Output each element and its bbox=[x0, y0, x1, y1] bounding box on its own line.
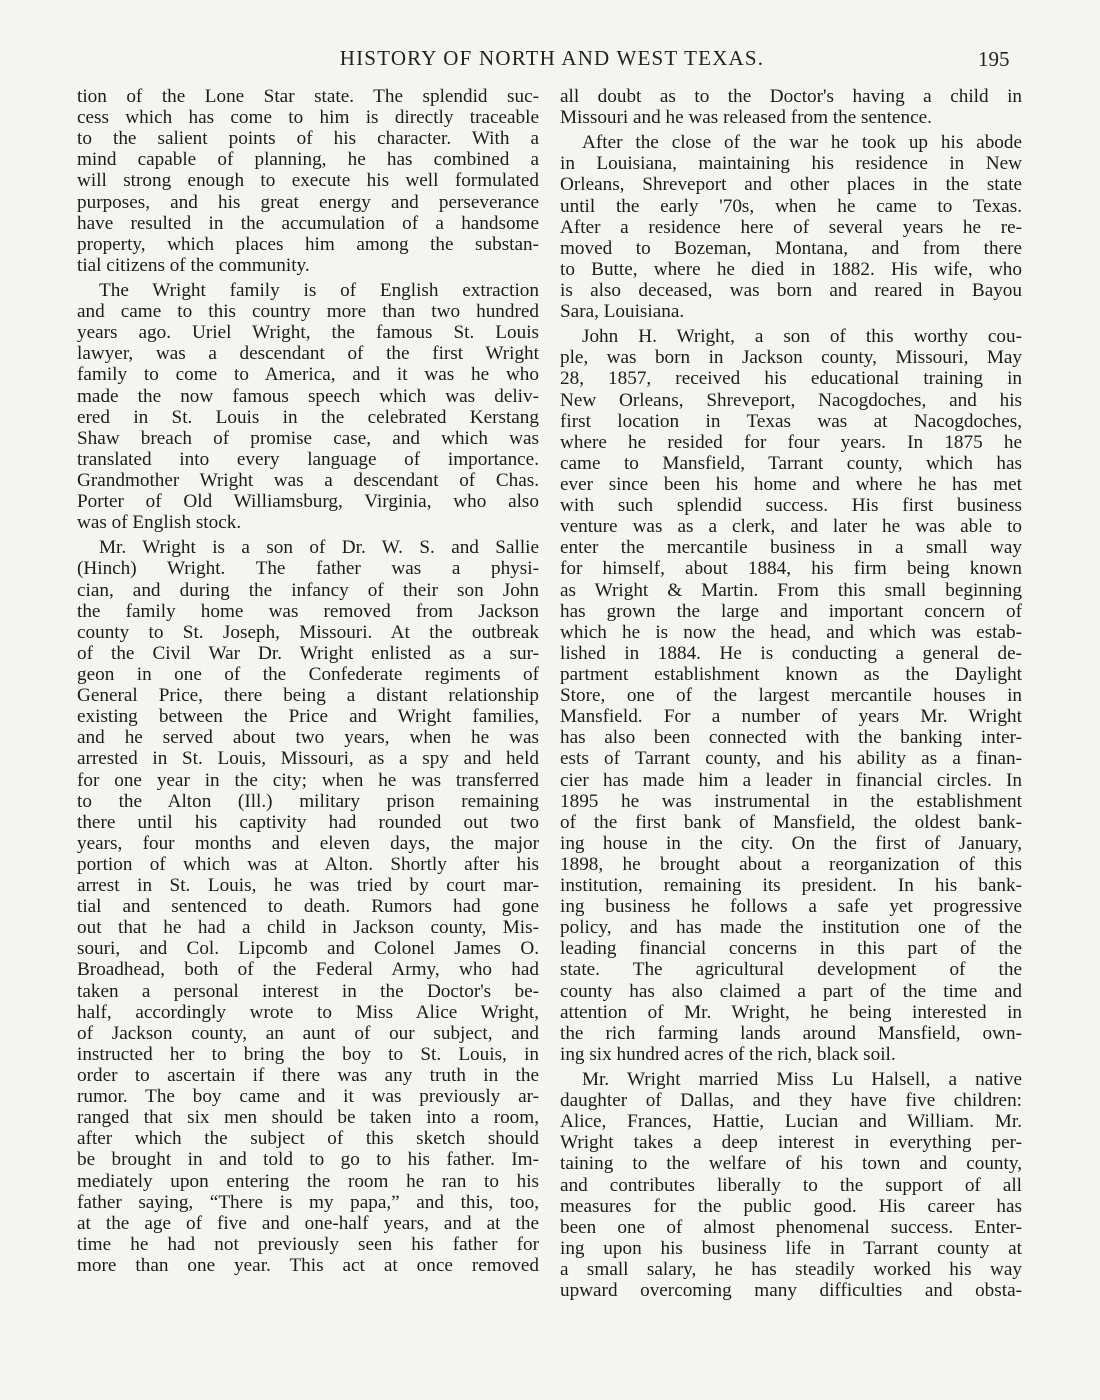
text-line: Grandmother Wright was a descendant of C… bbox=[77, 470, 539, 491]
text-line: more than one year. This act at once rem… bbox=[77, 1255, 539, 1276]
text-line: all doubt as to the Doctor's having a ch… bbox=[560, 86, 1022, 107]
text-line: cian, and during the infancy of their so… bbox=[77, 580, 539, 601]
text-line: ple, was born in Jackson county, Missour… bbox=[560, 347, 1022, 368]
text-line: Mansfield. For a number of years Mr. Wri… bbox=[560, 706, 1022, 727]
text-line: property, which places him among the sub… bbox=[77, 234, 539, 255]
text-line: ing upon his business life in Tarrant co… bbox=[560, 1238, 1022, 1259]
text-line: mind capable of planning, he has combine… bbox=[77, 149, 539, 170]
text-line: county has also claimed a part of the ti… bbox=[560, 981, 1022, 1002]
text-line: Porter of Old Williamsburg, Virginia, wh… bbox=[77, 491, 539, 512]
text-line: Shaw breach of promise case, and which w… bbox=[77, 428, 539, 449]
text-line: ing business he follows a safe yet progr… bbox=[560, 896, 1022, 917]
text-line: existing between the Price and Wright fa… bbox=[77, 706, 539, 727]
text-line: of Jackson county, an aunt of our subjec… bbox=[77, 1023, 539, 1044]
text-line: The Wright family is of English extracti… bbox=[77, 280, 539, 301]
text-line: (Hinch) Wright. The father was a physi- bbox=[77, 558, 539, 579]
text-line: Alice, Frances, Hattie, Lucian and Willi… bbox=[560, 1111, 1022, 1132]
text-line: for himself, about 1884, his firm being … bbox=[560, 558, 1022, 579]
text-line: measures for the public good. His career… bbox=[560, 1196, 1022, 1217]
text-line: After the close of the war he took up hi… bbox=[560, 132, 1022, 153]
text-line: mediately upon entering the room he ran … bbox=[77, 1171, 539, 1192]
text-line: Sara, Louisiana. bbox=[560, 301, 1022, 322]
text-line: at the age of five and one-half years, a… bbox=[77, 1213, 539, 1234]
paragraph: Mr. Wright married Miss Lu Halsell, a na… bbox=[560, 1069, 1022, 1301]
text-line: taining to the welfare of his town and c… bbox=[560, 1153, 1022, 1174]
text-line: institution, remaining its president. In… bbox=[560, 875, 1022, 896]
text-line: and came to this country more than two h… bbox=[77, 301, 539, 322]
text-line: has grown the large and important concer… bbox=[560, 601, 1022, 622]
text-line: came to Mansfield, Tarrant county, which… bbox=[560, 453, 1022, 474]
text-line: for one year in the city; when he was tr… bbox=[77, 770, 539, 791]
text-line: is also deceased, was born and reared in… bbox=[560, 280, 1022, 301]
text-line: Orleans, Shreveport and other places in … bbox=[560, 174, 1022, 195]
text-line: New Orleans, Shreveport, Nacogdoches, an… bbox=[560, 390, 1022, 411]
text-line: translated into every language of import… bbox=[77, 449, 539, 470]
text-line: the family home was removed from Jackson bbox=[77, 601, 539, 622]
text-line: was of English stock. bbox=[77, 512, 539, 533]
text-line: rumor. The boy came and it was previousl… bbox=[77, 1086, 539, 1107]
text-line: father saying, “There is my papa,” and t… bbox=[77, 1192, 539, 1213]
text-line: years ago. Uriel Wright, the famous St. … bbox=[77, 322, 539, 343]
text-line: until the early '70s, when he came to Te… bbox=[560, 196, 1022, 217]
text-line: arrest in St. Louis, he was tried by cou… bbox=[77, 875, 539, 896]
text-line: years, four months and eleven days, the … bbox=[77, 833, 539, 854]
text-line: cess which has come to him is directly t… bbox=[77, 107, 539, 128]
text-line: there until his captivity had rounded ou… bbox=[77, 812, 539, 833]
text-line: instructed her to bring the boy to St. L… bbox=[77, 1044, 539, 1065]
text-line: purposes, and his great energy and perse… bbox=[77, 192, 539, 213]
text-line: made the now famous speech which was del… bbox=[77, 386, 539, 407]
text-line: to the salient points of his character. … bbox=[77, 128, 539, 149]
text-line: where he resided for four years. In 1875… bbox=[560, 432, 1022, 453]
paragraph: all doubt as to the Doctor's having a ch… bbox=[560, 86, 1022, 128]
text-line: General Price, there being a distant rel… bbox=[77, 685, 539, 706]
text-line: enter the mercantile business in a small… bbox=[560, 537, 1022, 558]
book-page: HISTORY OF NORTH AND WEST TEXAS. 195 tio… bbox=[0, 0, 1100, 1400]
text-line: lawyer, was a descendant of the first Wr… bbox=[77, 343, 539, 364]
text-line: to the Alton (Ill.) military prison rema… bbox=[77, 791, 539, 812]
text-line: cier has made him a leader in financial … bbox=[560, 770, 1022, 791]
text-line: been one of almost phenomenal success. E… bbox=[560, 1217, 1022, 1238]
text-line: ered in St. Louis in the celebrated Kers… bbox=[77, 407, 539, 428]
right-column: all doubt as to the Doctor's having a ch… bbox=[560, 86, 1022, 1301]
text-line: leading financial concerns in this part … bbox=[560, 938, 1022, 959]
text-line: of the first bank of Mansfield, the olde… bbox=[560, 812, 1022, 833]
text-line: portion of which was at Alton. Shortly a… bbox=[77, 854, 539, 875]
text-line: Broadhead, both of the Federal Army, who… bbox=[77, 959, 539, 980]
text-line: out that he had a child in Jackson count… bbox=[77, 917, 539, 938]
running-title: HISTORY OF NORTH AND WEST TEXAS. bbox=[276, 46, 828, 71]
text-line: family to come to America, and it was he… bbox=[77, 364, 539, 385]
text-line: geon in one of the Confederate regiments… bbox=[77, 664, 539, 685]
text-line: be brought in and told to go to his fath… bbox=[77, 1149, 539, 1170]
text-line: after which the subject of this sketch s… bbox=[77, 1128, 539, 1149]
text-line: venture was as a clerk, and later he was… bbox=[560, 516, 1022, 537]
paragraph: Mr. Wright is a son of Dr. W. S. and Sal… bbox=[77, 537, 539, 1276]
text-line: to Butte, where he died in 1882. His wif… bbox=[560, 259, 1022, 280]
text-line: half, accordingly wrote to Miss Alice Wr… bbox=[77, 1002, 539, 1023]
text-line: 1895 he was instrumental in the establis… bbox=[560, 791, 1022, 812]
text-line: attention of Mr. Wright, he being intere… bbox=[560, 1002, 1022, 1023]
text-line: the rich farming lands around Mansfield,… bbox=[560, 1023, 1022, 1044]
text-line: has also been connected with the banking… bbox=[560, 727, 1022, 748]
text-line: tial and sentenced to death. Rumors had … bbox=[77, 896, 539, 917]
text-line: ing six hundred acres of the rich, black… bbox=[560, 1044, 1022, 1065]
page-number: 195 bbox=[978, 47, 1010, 72]
running-head: HISTORY OF NORTH AND WEST TEXAS. 195 bbox=[0, 46, 1100, 76]
paragraph: John H. Wright, a son of this worthy cou… bbox=[560, 326, 1022, 1065]
text-line: ests of Tarrant county, and his ability … bbox=[560, 748, 1022, 769]
text-line: time he had not previously seen his fath… bbox=[77, 1234, 539, 1255]
text-line: taken a personal interest in the Doctor'… bbox=[77, 981, 539, 1002]
text-line: souri, and Col. Lipcomb and Colonel Jame… bbox=[77, 938, 539, 959]
text-line: will strong enough to execute his well f… bbox=[77, 170, 539, 191]
paragraph: After the close of the war he took up hi… bbox=[560, 132, 1022, 322]
text-line: ing house in the city. On the first of J… bbox=[560, 833, 1022, 854]
text-line: ranged that six men should be taken into… bbox=[77, 1107, 539, 1128]
left-column: tion of the Lone Star state. The splendi… bbox=[77, 86, 539, 1276]
text-line: 1898, he brought about a reorganization … bbox=[560, 854, 1022, 875]
text-line: Store, one of the largest mercantile hou… bbox=[560, 685, 1022, 706]
text-line: John H. Wright, a son of this worthy cou… bbox=[560, 326, 1022, 347]
text-line: tial citizens of the community. bbox=[77, 255, 539, 276]
text-line: After a residence here of several years … bbox=[560, 217, 1022, 238]
text-line: have resulted in the accumulation of a h… bbox=[77, 213, 539, 234]
text-line: state. The agricultural development of t… bbox=[560, 959, 1022, 980]
text-line: Wright takes a deep interest in everythi… bbox=[560, 1132, 1022, 1153]
text-line: Mr. Wright married Miss Lu Halsell, a na… bbox=[560, 1069, 1022, 1090]
text-line: with such splendid success. His first bu… bbox=[560, 495, 1022, 516]
text-line: and contributes liberally to the support… bbox=[560, 1175, 1022, 1196]
text-line: upward overcoming many difficulties and … bbox=[560, 1280, 1022, 1301]
text-line: arrested in St. Louis, Missouri, as a sp… bbox=[77, 748, 539, 769]
text-line: as Wright & Martin. From this small begi… bbox=[560, 580, 1022, 601]
text-line: and he served about two years, when he w… bbox=[77, 727, 539, 748]
text-line: tion of the Lone Star state. The splendi… bbox=[77, 86, 539, 107]
text-line: partment establishment known as the Dayl… bbox=[560, 664, 1022, 685]
paragraph: The Wright family is of English extracti… bbox=[77, 280, 539, 533]
text-line: moved to Bozeman, Montana, and from ther… bbox=[560, 238, 1022, 259]
text-line: Missouri and he was released from the se… bbox=[560, 107, 1022, 128]
text-line: ever since been his home and where he ha… bbox=[560, 474, 1022, 495]
text-line: first location in Texas was at Nacogdoch… bbox=[560, 411, 1022, 432]
text-line: a small salary, he has steadily worked h… bbox=[560, 1259, 1022, 1280]
text-line: of the Civil War Dr. Wright enlisted as … bbox=[77, 643, 539, 664]
text-line: policy, and has made the institution one… bbox=[560, 917, 1022, 938]
text-line: daughter of Dallas, and they have five c… bbox=[560, 1090, 1022, 1111]
text-line: order to ascertain if there was any trut… bbox=[77, 1065, 539, 1086]
text-line: county to St. Joseph, Missouri. At the o… bbox=[77, 622, 539, 643]
text-line: lished in 1884. He is conducting a gener… bbox=[560, 643, 1022, 664]
text-line: Mr. Wright is a son of Dr. W. S. and Sal… bbox=[77, 537, 539, 558]
text-line: which he is now the head, and which was … bbox=[560, 622, 1022, 643]
text-line: in Louisiana, maintaining his residence … bbox=[560, 153, 1022, 174]
paragraph: tion of the Lone Star state. The splendi… bbox=[77, 86, 539, 276]
text-line: 28, 1857, received his educational train… bbox=[560, 368, 1022, 389]
